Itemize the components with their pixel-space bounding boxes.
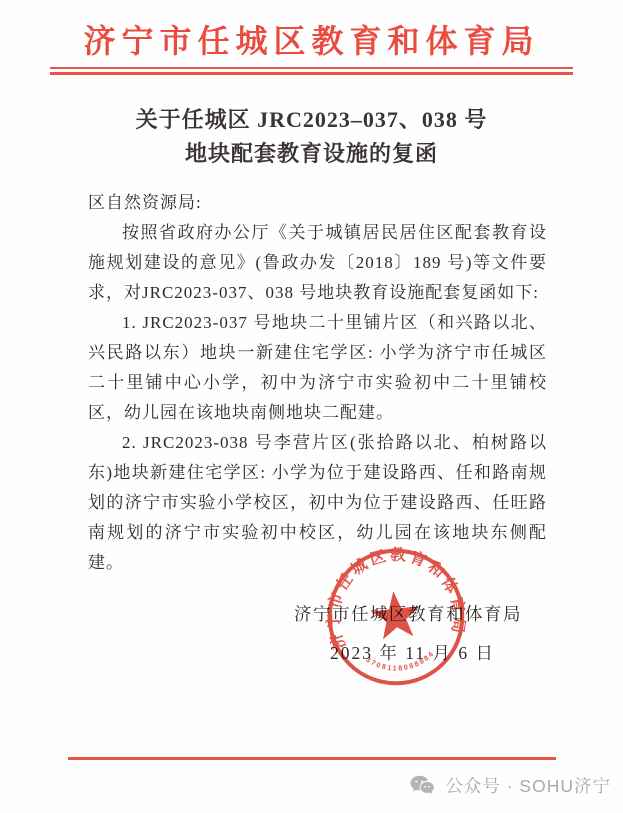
official-seal-stamp-icon: 济宁市任城区教育和体育局 3708118088884 xyxy=(317,538,475,696)
document-title-line2: 地块配套教育设施的复函 xyxy=(0,137,623,171)
paragraph-plot-037: 1. JRC2023-037 号地块二十里铺片区（和兴路以北、兴民路以东）地块一… xyxy=(88,308,547,428)
scanned-official-letter: 济宁市任城区教育和体育局 关于任城区 JRC2023–037、038 号 地块配… xyxy=(0,0,623,813)
wechat-icon xyxy=(409,774,436,797)
paragraph-policy-basis: 按照省政府办公厅《关于城镇居民居住区配套教育设施规划建设的意见》(鲁政办发〔20… xyxy=(88,218,547,308)
footer-account-label: 公众号 · SOHU济宁 xyxy=(445,773,611,798)
document-title-line1: 关于任城区 JRC2023–037、038 号 xyxy=(0,103,623,137)
salutation: 区自然资源局: xyxy=(88,188,547,218)
document-body: 区自然资源局: 按照省政府办公厅《关于城镇居民居住区配套教育设施规划建设的意见》… xyxy=(88,188,547,578)
letterhead-agency-name: 济宁市任城区教育和体育局 xyxy=(0,16,623,62)
svg-text:3708118088884: 3708118088884 xyxy=(364,648,438,676)
seal-star-icon xyxy=(369,589,423,641)
letterhead-double-rule xyxy=(50,67,573,75)
footer-rule xyxy=(68,757,556,760)
footer-watermark: 公众号 · SOHU济宁 xyxy=(409,773,611,798)
document-title: 关于任城区 JRC2023–037、038 号 地块配套教育设施的复函 xyxy=(0,103,623,171)
seal-code-number: 3708118088884 xyxy=(364,648,438,676)
